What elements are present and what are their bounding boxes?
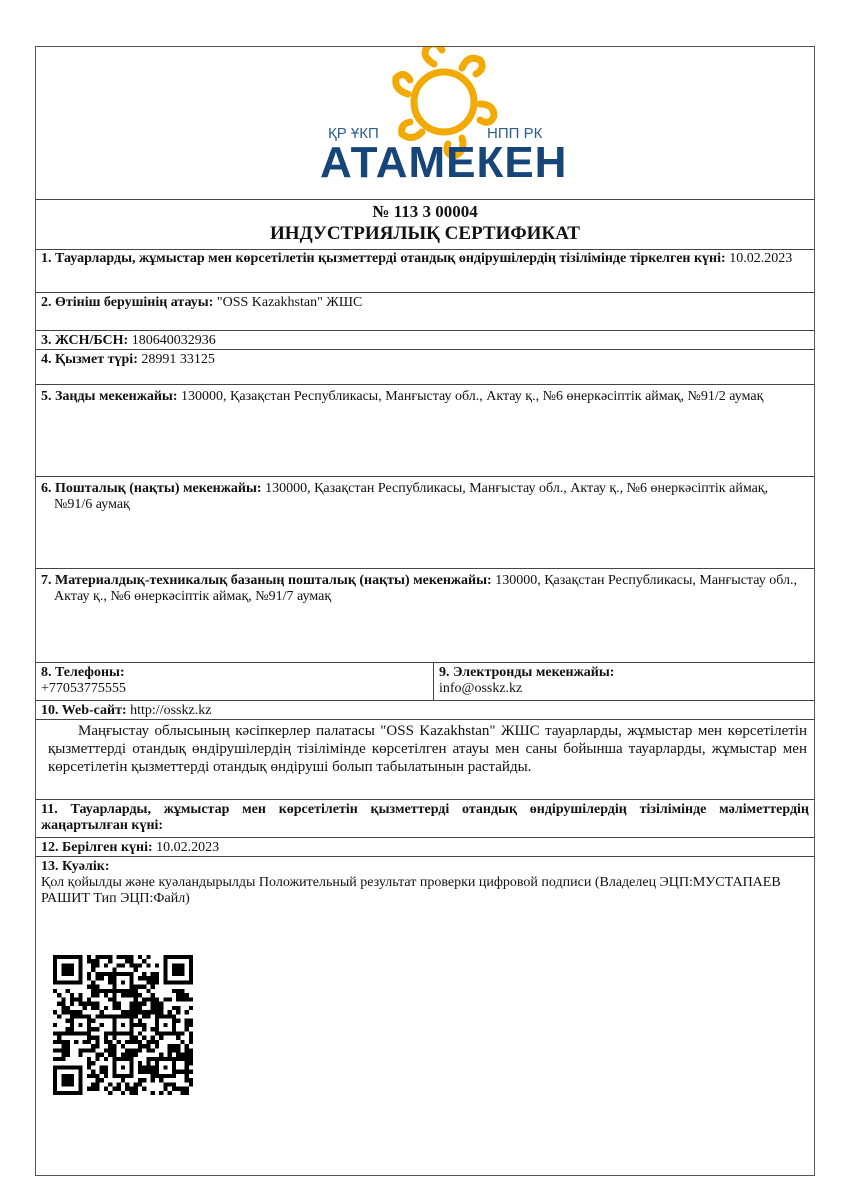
field-value: "OSS Kazakhstan" ЖШС: [217, 295, 362, 310]
atameken-logo: ҚР ҰКП НПП РК АТАМЕКЕН: [36, 47, 814, 199]
field-value: 28991 33125: [141, 352, 215, 367]
field-update-date: 11. Тауарларды, жұмыстар мен көрсетілеті…: [36, 800, 814, 838]
field-email: 9. Электронды мекенжайы: info@osskz.kz: [434, 663, 814, 700]
statement-paragraph: Маңғыстау облысының кәсіпкерлер палатасы…: [36, 720, 814, 800]
field-label: 10. Web-сайт:: [41, 703, 127, 718]
field-label: 7. Материалдық-техникалық базаның поштал…: [41, 573, 492, 588]
field-value: +77053775555: [41, 681, 126, 696]
field-label: 4. Қызмет түрі:: [41, 352, 138, 367]
qr-code-icon: [53, 955, 193, 1095]
field-value: info@osskz.kz: [439, 681, 522, 696]
field-value: 10.02.2023: [156, 840, 219, 855]
field-label: 11. Тауарларды, жұмыстар мен көрсетілеті…: [41, 802, 809, 833]
field-value: Қол қойылды және куәландырылды Положител…: [41, 875, 781, 906]
field-value: 10.02.2023: [729, 251, 792, 266]
logo-brand: АТАМЕКЕН: [320, 138, 567, 187]
field-registration-date: 1. Тауарларды, жұмыстар мен көрсетілетін…: [36, 249, 814, 293]
field-label: 2. Өтініш берушінің атауы:: [41, 295, 213, 310]
field-applicant-name: 2. Өтініш берушінің атауы: "OSS Kazakhst…: [36, 293, 814, 331]
field-postal-address: 6. Пошталық (нақты) мекенжайы: 130000, Қ…: [36, 477, 814, 569]
field-label: 5. Заңды мекенжайы:: [41, 389, 178, 404]
field-label: 3. ЖСН/БСН:: [41, 333, 128, 348]
field-value: http://osskz.kz: [130, 703, 211, 718]
field-label: 8. Телефоны:: [41, 665, 125, 680]
field-label: 13. Куәлік:: [41, 859, 110, 874]
field-base-address: 7. Материалдық-техникалық базаның поштал…: [36, 569, 814, 663]
field-website: 10. Web-сайт: http://osskz.kz: [36, 701, 814, 720]
field-activity-type: 4. Қызмет түрі: 28991 33125: [36, 350, 814, 385]
field-phone: 8. Телефоны: +77053775555: [36, 663, 434, 700]
field-label: 9. Электронды мекенжайы:: [439, 665, 614, 680]
field-value: 130000, Қазақстан Республикасы, Манғыста…: [181, 389, 763, 404]
contacts-row: 8. Телефоны: +77053775555 9. Электронды …: [36, 663, 814, 701]
field-label: 1. Тауарларды, жұмыстар мен көрсетілетін…: [41, 251, 726, 266]
certificate-page: ҚР ҰКП НПП РК АТАМЕКЕН № 113 3 00004 ИНД…: [35, 46, 815, 1176]
field-label: 12. Берілген күні:: [41, 840, 153, 855]
field-value: 180640032936: [132, 333, 216, 348]
certificate-title: ИНДУСТРИЯЛЫҚ СЕРТИФИКАТ: [36, 222, 814, 246]
certificate-header: № 113 3 00004 ИНДУСТРИЯЛЫҚ СЕРТИФИКАТ: [36, 199, 814, 250]
field-bin: 3. ЖСН/БСН: 180640032936: [36, 331, 814, 350]
certificate-number: № 113 3 00004: [36, 202, 814, 222]
field-label: 6. Пошталық (нақты) мекенжайы:: [41, 481, 262, 496]
logo-block: ҚР ҰКП НПП РК АТАМЕКЕН: [36, 47, 814, 200]
field-issue-date: 12. Берілген күні: 10.02.2023: [36, 838, 814, 857]
statement-text: Маңғыстау облысының кәсіпкерлер палатасы…: [48, 722, 807, 776]
field-legal-address: 5. Заңды мекенжайы: 130000, Қазақстан Ре…: [36, 385, 814, 477]
